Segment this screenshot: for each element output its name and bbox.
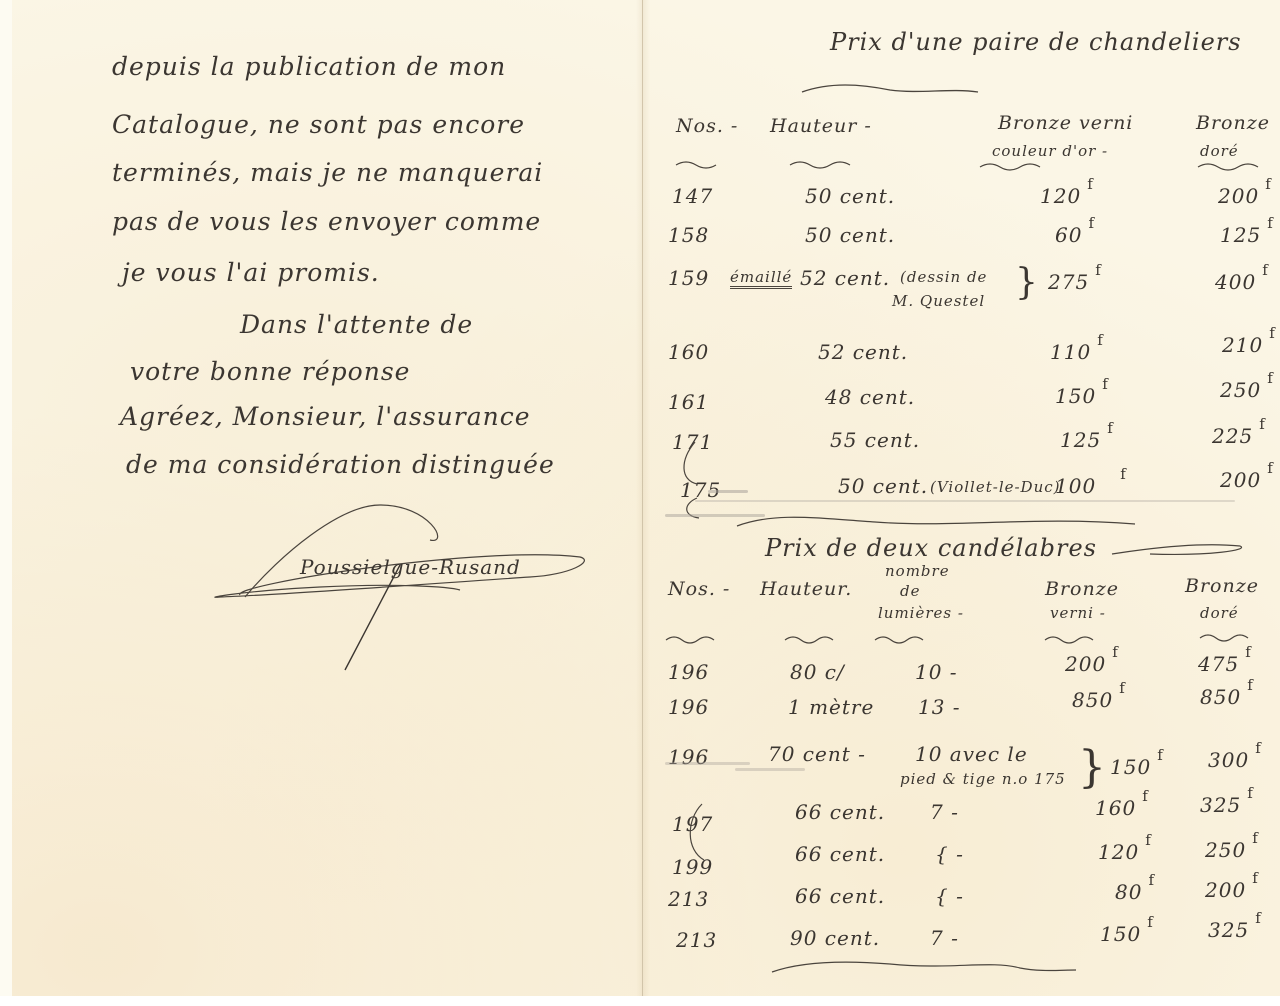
letter-line: Dans l'attente de <box>240 310 473 339</box>
row-verni: 150f <box>1110 755 1164 779</box>
col-header-dore: Bronze <box>1196 112 1270 134</box>
row-verni: 200f <box>1065 652 1119 676</box>
row-num: 159 <box>668 266 709 290</box>
pencil-mark <box>665 762 750 765</box>
row-hauteur: 66 cent. <box>795 884 885 908</box>
row-num: 196 <box>668 695 709 719</box>
col-header-nombre: nombre <box>885 562 950 580</box>
letter-line: depuis la publication de mon <box>112 52 506 81</box>
row-extra: (dessin de <box>900 268 987 286</box>
col-header-verni-sub: verni - <box>1050 604 1106 622</box>
row-hauteur: 90 cent. <box>790 926 880 950</box>
col-header-verni: Bronze <box>1045 578 1119 600</box>
title-flourish-icon <box>1110 540 1250 560</box>
letter-line: votre bonne réponse <box>130 357 410 386</box>
row-extra: pied & tige n.o 175 <box>900 770 1066 788</box>
row-num: 196 <box>668 660 709 684</box>
row-verni: 160f <box>1095 796 1149 820</box>
table-title: Prix de deux candélabres <box>765 534 1097 562</box>
row-dore: 850f <box>1200 685 1254 709</box>
row-verni: 60f <box>1055 223 1095 247</box>
row-num: 147 <box>672 184 713 208</box>
row-dore: 225f <box>1212 424 1266 448</box>
closing-divider-icon <box>770 958 1080 978</box>
row-verni: 100f <box>1055 474 1127 498</box>
row-verni: 120f <box>1098 840 1152 864</box>
row-dore: 475f <box>1198 652 1252 676</box>
row-dore: 325f <box>1200 793 1254 817</box>
header-underline-icon <box>670 155 1280 175</box>
row-dore: 250f <box>1205 838 1259 862</box>
row-hauteur: 52 cent. <box>800 266 890 290</box>
header-underline-icon <box>660 628 1280 648</box>
row-hauteur: 50 cent. <box>805 184 895 208</box>
col-header-verni: Bronze verni <box>998 112 1133 134</box>
row-dore: 300f <box>1208 748 1262 772</box>
bracket-icon <box>680 800 720 890</box>
table-title: Prix d'une paire de chandeliers <box>830 28 1242 56</box>
letter-line: je vous l'ai promis. <box>122 258 380 287</box>
pencil-rule <box>695 500 1235 502</box>
row-dore: 400f <box>1215 270 1269 294</box>
col-header-hauteur: Hauteur - <box>770 115 872 137</box>
pencil-mark <box>735 768 805 771</box>
paper-edge <box>0 0 12 996</box>
col-header-num: Nos. - <box>676 115 738 137</box>
row-verni: 850f <box>1072 688 1126 712</box>
col-header-hauteur: Hauteur. <box>760 578 852 600</box>
row-verni: 125f <box>1060 428 1114 452</box>
row-num: 161 <box>668 390 709 414</box>
signature-flourish-icon <box>200 495 600 685</box>
col-header-dore: Bronze <box>1185 575 1259 597</box>
col-header-dore-sub: doré <box>1200 604 1239 622</box>
row-dore: 210f <box>1222 333 1276 357</box>
page-fold-shadow <box>636 0 650 996</box>
row-lumieres: 10 avec le <box>915 742 1028 766</box>
row-lumieres: 10 - <box>915 660 958 684</box>
row-dore: 200f <box>1218 184 1272 208</box>
row-hauteur: 52 cent. <box>818 340 908 364</box>
row-num: 213 <box>676 928 717 952</box>
col-header-nombre-de: de <box>900 582 920 600</box>
col-header-num: Nos. - <box>668 578 730 600</box>
row-num: 158 <box>668 223 709 247</box>
row-dore: 200f <box>1220 468 1274 492</box>
row-dore: 325f <box>1208 918 1262 942</box>
letter-line: terminés, mais je ne manquerai <box>112 158 543 187</box>
row-hauteur: 80 c/ <box>790 660 845 684</box>
row-dore: 250f <box>1220 378 1274 402</box>
row-verni: 120f <box>1040 184 1094 208</box>
col-header-lumieres: lumières - <box>878 604 964 622</box>
letter-line: Catalogue, ne sont pas encore <box>112 110 525 139</box>
title-underline-icon <box>800 82 980 98</box>
brace-icon: } <box>1015 262 1038 303</box>
row-num: 160 <box>668 340 709 364</box>
letter-line: de ma considération distinguée <box>126 450 555 479</box>
pencil-mark <box>708 490 748 493</box>
row-extra: (Viollet-le-Duc) <box>930 478 1061 496</box>
row-hauteur: 50 cent. <box>805 223 895 247</box>
row-hauteur: 50 cent. <box>838 474 928 498</box>
signature: Poussielgue-Rusand <box>300 555 521 579</box>
letter-line: Agréez, Monsieur, l'assurance <box>120 402 531 431</box>
row-num: 196 <box>668 745 709 769</box>
row-verni: 110f <box>1050 340 1104 364</box>
page-fold <box>642 0 643 996</box>
row-dore: 200f <box>1205 878 1259 902</box>
row-extra: M. Questel <box>892 292 985 310</box>
row-note: émaillé <box>730 268 792 289</box>
row-hauteur: 1 mètre <box>788 695 874 719</box>
row-num: 213 <box>668 887 709 911</box>
row-lumieres: 7 - <box>930 926 959 950</box>
row-verni: 80f <box>1115 880 1155 904</box>
row-lumieres: { - <box>935 842 964 866</box>
brace-icon: } <box>1078 742 1106 793</box>
row-lumieres: 13 - <box>918 695 961 719</box>
row-verni: 275f <box>1048 270 1102 294</box>
letter-line: pas de vous les envoyer comme <box>112 207 541 236</box>
row-hauteur: 55 cent. <box>830 428 920 452</box>
row-hauteur: 66 cent. <box>795 800 885 824</box>
row-lumieres: { - <box>935 884 964 908</box>
row-verni: 150f <box>1100 922 1154 946</box>
row-hauteur: 66 cent. <box>795 842 885 866</box>
row-hauteur: 70 cent - <box>768 742 866 766</box>
letter-sheet: depuis la publication de mon Catalogue, … <box>0 0 1280 996</box>
section-divider-icon <box>735 512 1155 532</box>
row-verni: 150f <box>1055 384 1109 408</box>
row-dore: 125f <box>1220 223 1274 247</box>
row-hauteur: 48 cent. <box>825 385 915 409</box>
row-lumieres: 7 - <box>930 800 959 824</box>
